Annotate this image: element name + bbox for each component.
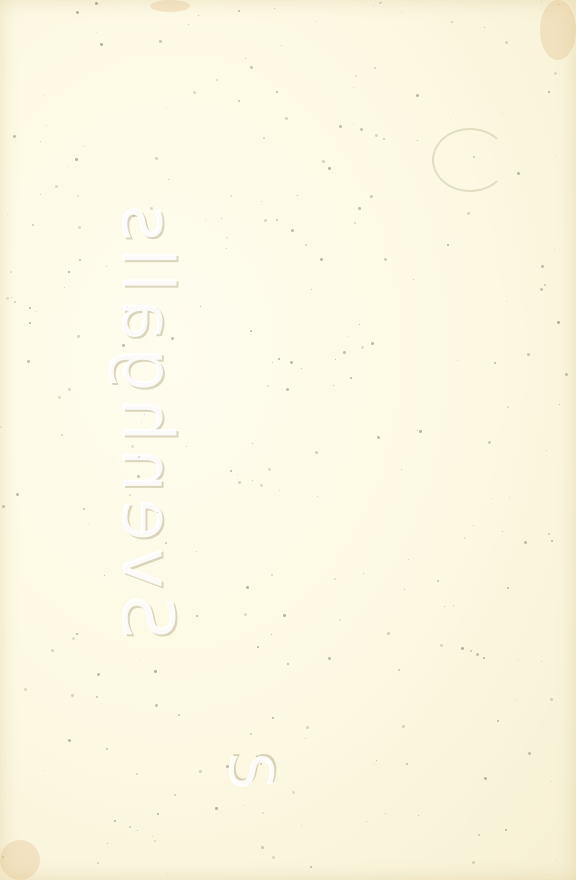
embossed-mark-bottom: S — [216, 751, 286, 789]
embossed-mark-top — [432, 128, 508, 192]
stain — [150, 0, 190, 12]
stain — [0, 840, 40, 880]
card-back: Svenhgalls S — [0, 0, 576, 880]
embossed-text: Svenhgalls — [107, 200, 189, 640]
stain — [540, 0, 576, 60]
